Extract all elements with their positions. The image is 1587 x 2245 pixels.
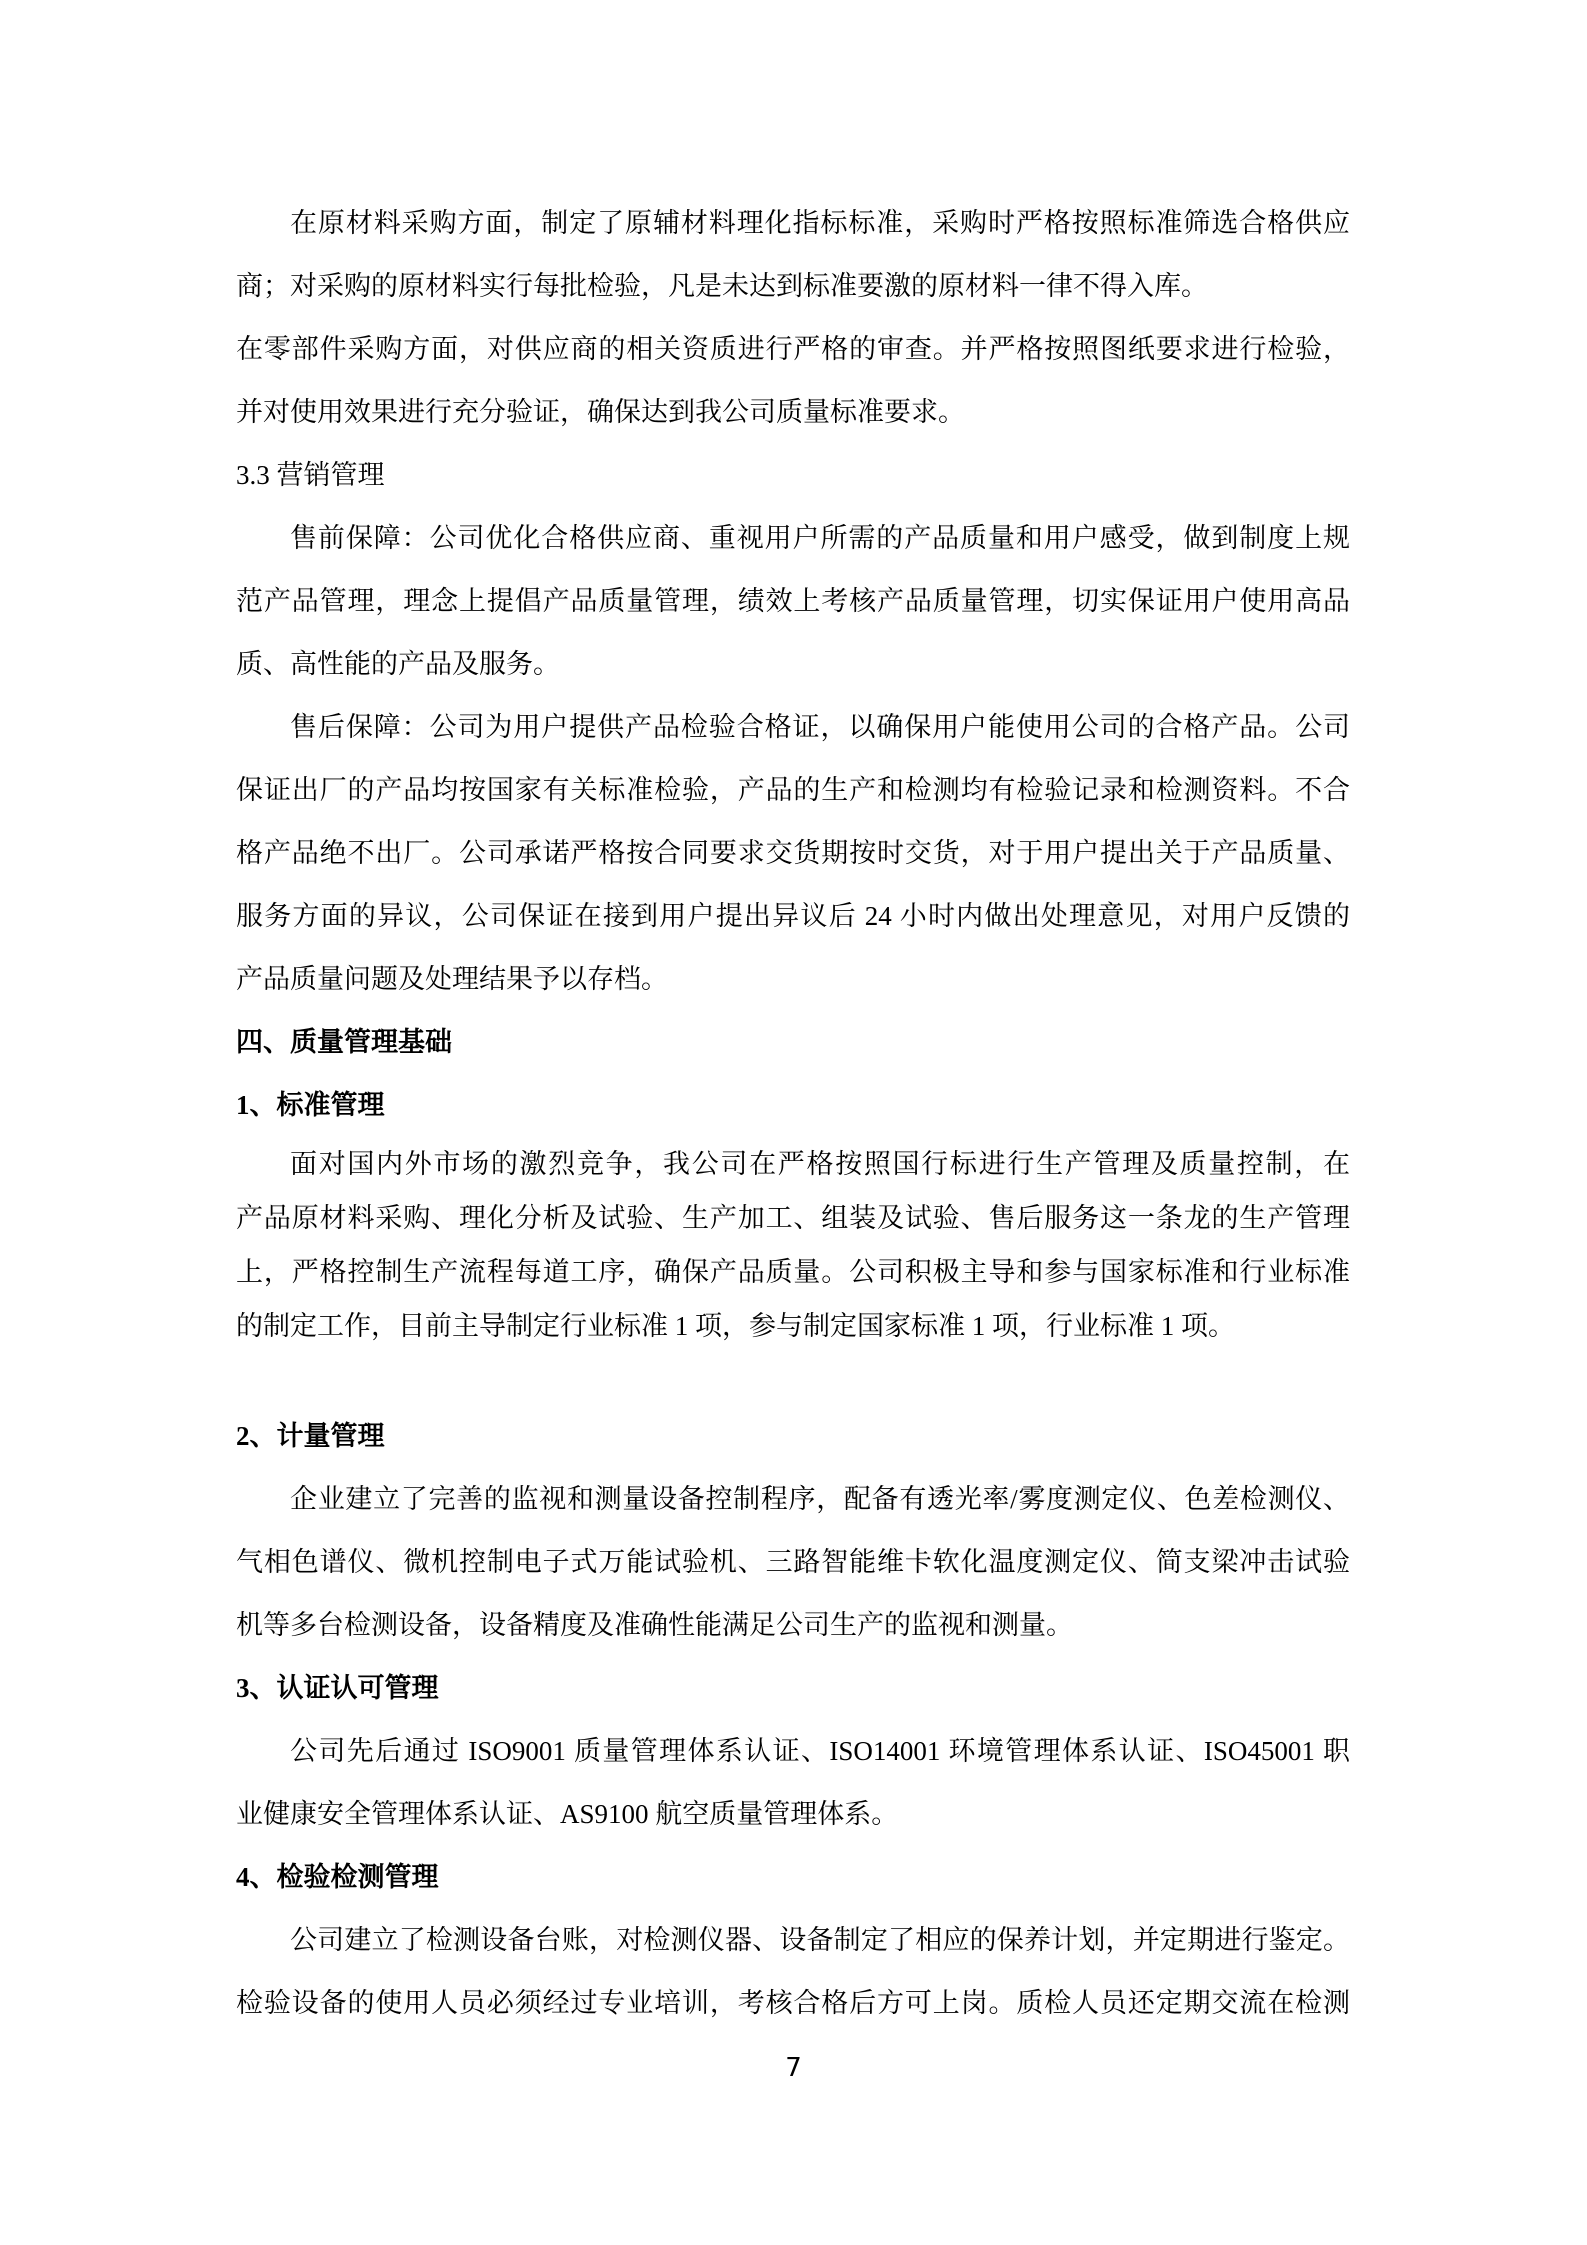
paragraph-line: 在原材料采购方面，制定了原辅材料理化指标标准，采购时严格按照标准筛选合格供应	[236, 192, 1350, 255]
section-heading: 四、质量管理基础	[236, 1011, 1350, 1074]
paragraph-line: 业健康安全管理体系认证、AS9100 航空质量管理体系。	[236, 1783, 1350, 1846]
paragraph-line: 在零部件采购方面，对供应商的相关资质进行严格的审查。并严格按照图纸要求进行检验，	[236, 318, 1350, 381]
body-paragraph: 售前保障：公司优化合格供应商、重视用户所需的产品质量和用户感受，做到制度上规范产…	[236, 507, 1350, 696]
document-content: 在原材料采购方面，制定了原辅材料理化指标标准，采购时严格按照标准筛选合格供应商；…	[236, 192, 1350, 2035]
body-paragraph: 在原材料采购方面，制定了原辅材料理化指标标准，采购时严格按照标准筛选合格供应商；…	[236, 192, 1350, 318]
body-paragraph: 面对国内外市场的激烈竞争，我公司在严格按照国行标进行生产管理及质量控制，在产品原…	[236, 1137, 1350, 1353]
section-heading: 2、计量管理	[236, 1405, 1350, 1468]
paragraph-line: 保证出厂的产品均按国家有关标准检验，产品的生产和检测均有检验记录和检测资料。不合	[236, 759, 1350, 822]
body-paragraph: 售后保障：公司为用户提供产品检验合格证，以确保用户能使用公司的合格产品。公司保证…	[236, 696, 1350, 1011]
body-paragraph: 公司先后通过 ISO9001 质量管理体系认证、ISO14001 环境管理体系认…	[236, 1720, 1350, 1846]
section-heading: 3.3 营销管理	[236, 444, 1350, 507]
paragraph-line: 并对使用效果进行充分验证，确保达到我公司质量标准要求。	[236, 381, 1350, 444]
paragraph-line: 气相色谱仪、微机控制电子式万能试验机、三路智能维卡软化温度测定仪、简支梁冲击试验	[236, 1531, 1350, 1594]
paragraph-line: 售后保障：公司为用户提供产品检验合格证，以确保用户能使用公司的合格产品。公司	[236, 696, 1350, 759]
body-paragraph: 在零部件采购方面，对供应商的相关资质进行严格的审查。并严格按照图纸要求进行检验，…	[236, 318, 1350, 444]
body-paragraph: 企业建立了完善的监视和测量设备控制程序，配备有透光率/雾度测定仪、色差检测仪、气…	[236, 1468, 1350, 1657]
page-number: 7	[785, 2053, 802, 2083]
page-footer: 7	[0, 2050, 1587, 2086]
paragraph-line: 面对国内外市场的激烈竞争，我公司在严格按照国行标进行生产管理及质量控制，在	[236, 1137, 1350, 1191]
paragraph-line: 检验设备的使用人员必须经过专业培训，考核合格后方可上岗。质检人员还定期交流在检测	[236, 1972, 1350, 2035]
paragraph-line: 企业建立了完善的监视和测量设备控制程序，配备有透光率/雾度测定仪、色差检测仪、	[236, 1468, 1350, 1531]
paragraph-line: 公司先后通过 ISO9001 质量管理体系认证、ISO14001 环境管理体系认…	[236, 1720, 1350, 1783]
section-heading: 4、检验检测管理	[236, 1846, 1350, 1909]
body-paragraph: 公司建立了检测设备台账，对检测仪器、设备制定了相应的保养计划，并定期进行鉴定。检…	[236, 1909, 1350, 2035]
section-heading: 1、标准管理	[236, 1074, 1350, 1137]
paragraph-line: 质、高性能的产品及服务。	[236, 633, 1350, 696]
paragraph-line: 公司建立了检测设备台账，对检测仪器、设备制定了相应的保养计划，并定期进行鉴定。	[236, 1909, 1350, 1972]
paragraph-line: 产品质量问题及处理结果予以存档。	[236, 948, 1350, 1011]
paragraph-line: 商；对采购的原材料实行每批检验，凡是未达到标准要激的原材料一律不得入库。	[236, 255, 1350, 318]
paragraph-line: 范产品管理，理念上提倡产品质量管理，绩效上考核产品质量管理，切实保证用户使用高品	[236, 570, 1350, 633]
paragraph-line: 格产品绝不出厂。公司承诺严格按合同要求交货期按时交货，对于用户提出关于产品质量、	[236, 822, 1350, 885]
section-heading: 3、认证认可管理	[236, 1657, 1350, 1720]
paragraph-line: 上，严格控制生产流程每道工序，确保产品质量。公司积极主导和参与国家标准和行业标准	[236, 1245, 1350, 1299]
paragraph-line: 产品原材料采购、理化分析及试验、生产加工、组装及试验、售后服务这一条龙的生产管理	[236, 1191, 1350, 1245]
paragraph-line: 售前保障：公司优化合格供应商、重视用户所需的产品质量和用户感受，做到制度上规	[236, 507, 1350, 570]
paragraph-line: 服务方面的异议，公司保证在接到用户提出异议后 24 小时内做出处理意见，对用户反…	[236, 885, 1350, 948]
paragraph-line: 的制定工作，目前主导制定行业标准 1 项，参与制定国家标准 1 项，行业标准 1…	[236, 1299, 1350, 1353]
paragraph-line: 机等多台检测设备，设备精度及准确性能满足公司生产的监视和测量。	[236, 1594, 1350, 1657]
document-page: 在原材料采购方面，制定了原辅材料理化指标标准，采购时严格按照标准筛选合格供应商；…	[0, 0, 1587, 2245]
